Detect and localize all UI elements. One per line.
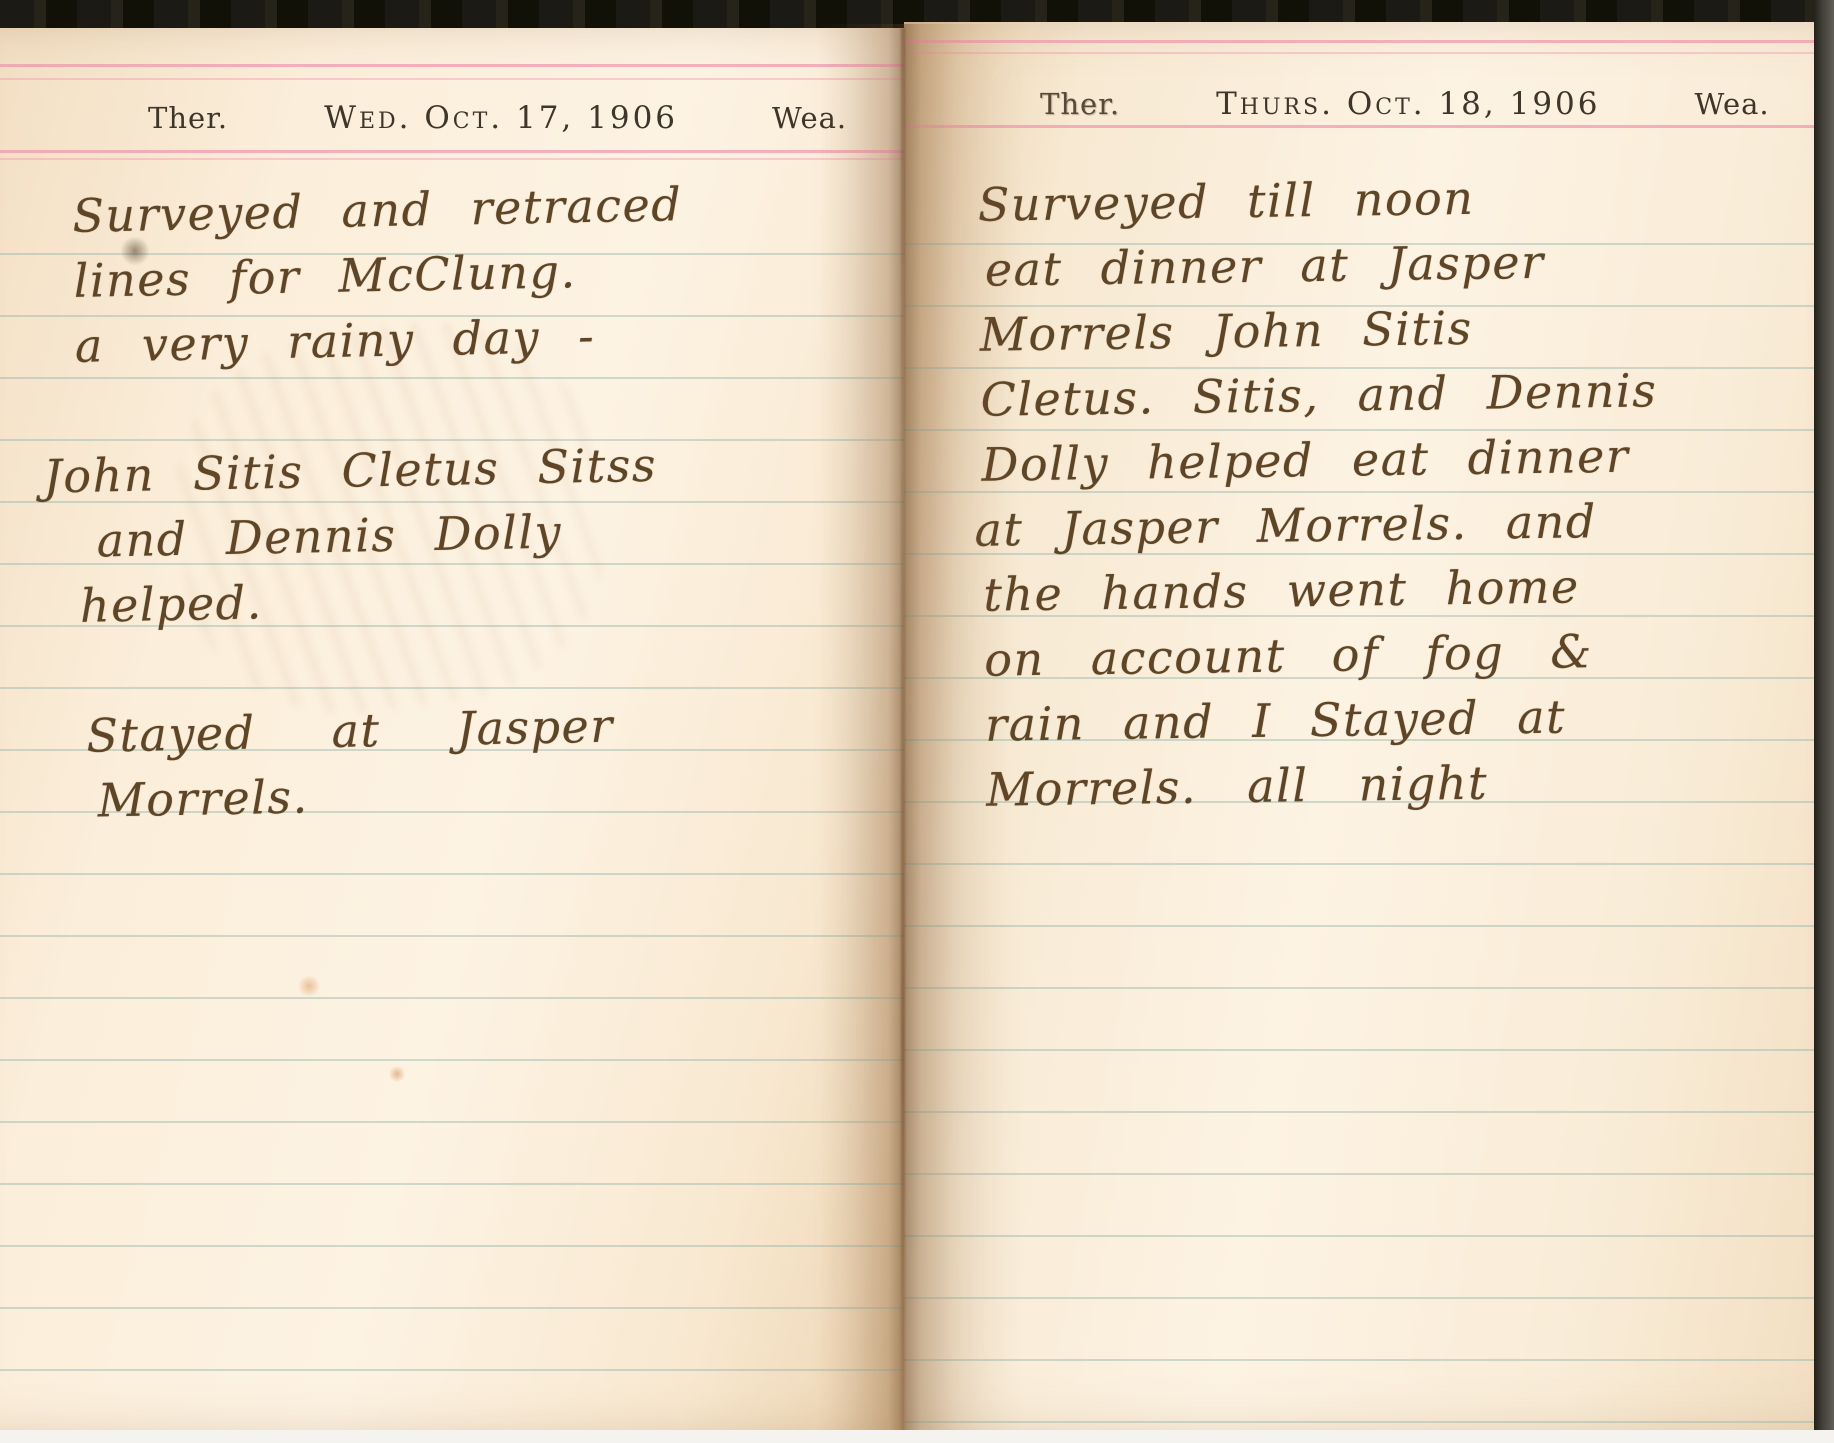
entry-line: Stayed at Jasper bbox=[86, 692, 693, 769]
book-cover-edge bbox=[1814, 0, 1834, 1431]
entry-line: John Sitis Cletus Sitss bbox=[43, 432, 688, 509]
entry-line bbox=[81, 627, 692, 704]
entry-line: at Jasper Morrels. and bbox=[974, 488, 1660, 563]
pink-rule bbox=[904, 40, 1814, 43]
entry-line: rain and I Stayed at bbox=[985, 683, 1663, 757]
entry-line: Cletus. Sitis, and Dennis bbox=[980, 358, 1658, 432]
entry-line: a very rainy day - bbox=[74, 302, 685, 379]
entry-line: on account of fog & bbox=[984, 618, 1662, 692]
weather-label: Wea. bbox=[772, 101, 847, 135]
thermometer-label: Ther. bbox=[1040, 87, 1120, 121]
paper-stain bbox=[388, 1066, 406, 1082]
entry-line: eat dinner at Jasper bbox=[984, 228, 1656, 302]
scan-background-strip bbox=[0, 1430, 1834, 1443]
diary-page-right: Ther. Thurs. Oct. 18, 1906 Wea. Surveyed… bbox=[904, 22, 1814, 1431]
pink-rule bbox=[0, 78, 904, 80]
pink-rule bbox=[0, 64, 904, 67]
entry-line: lines for McClung. bbox=[73, 237, 684, 314]
entry-line: Morrels. bbox=[97, 757, 694, 833]
printed-header-right: Ther. Thurs. Oct. 18, 1906 Wea. bbox=[904, 86, 1814, 122]
thermometer-label: Ther. bbox=[148, 101, 228, 135]
printed-header-left: Ther. Wed. Oct. 17, 1906 Wea. bbox=[0, 100, 904, 136]
paper-stain bbox=[296, 976, 322, 996]
pink-rule bbox=[904, 125, 1814, 128]
diary-scan: Ther. Wed. Oct. 17, 1906 Wea. Surveyed a… bbox=[0, 0, 1834, 1443]
entry-line: helped. bbox=[79, 562, 690, 639]
pink-rule bbox=[904, 52, 1814, 54]
pink-rule bbox=[0, 158, 904, 160]
entry-line: Dolly helped eat dinner bbox=[981, 423, 1659, 497]
diary-page-left: Ther. Wed. Oct. 17, 1906 Wea. Surveyed a… bbox=[0, 28, 904, 1431]
entry-line: and Dennis Dolly bbox=[96, 497, 689, 573]
date-heading: Thurs. Oct. 18, 1906 bbox=[1216, 86, 1600, 122]
pink-rule bbox=[0, 150, 904, 153]
handwritten-entry-right: Surveyed till noon eat dinner at Jasper … bbox=[977, 163, 1663, 822]
entry-line: the hands went home bbox=[983, 553, 1661, 627]
entry-line: Morrels. all night bbox=[986, 748, 1664, 822]
entry-line bbox=[76, 367, 687, 444]
date-heading: Wed. Oct. 17, 1906 bbox=[324, 100, 678, 136]
entry-line: Morrels John Sitis bbox=[979, 293, 1657, 367]
entry-line: Surveyed till noon bbox=[977, 163, 1655, 237]
handwritten-entry-left: Surveyed and retraced lines for McClung.… bbox=[72, 172, 694, 834]
entry-line: Surveyed and retraced bbox=[72, 172, 683, 249]
weather-label: Wea. bbox=[1695, 87, 1770, 121]
